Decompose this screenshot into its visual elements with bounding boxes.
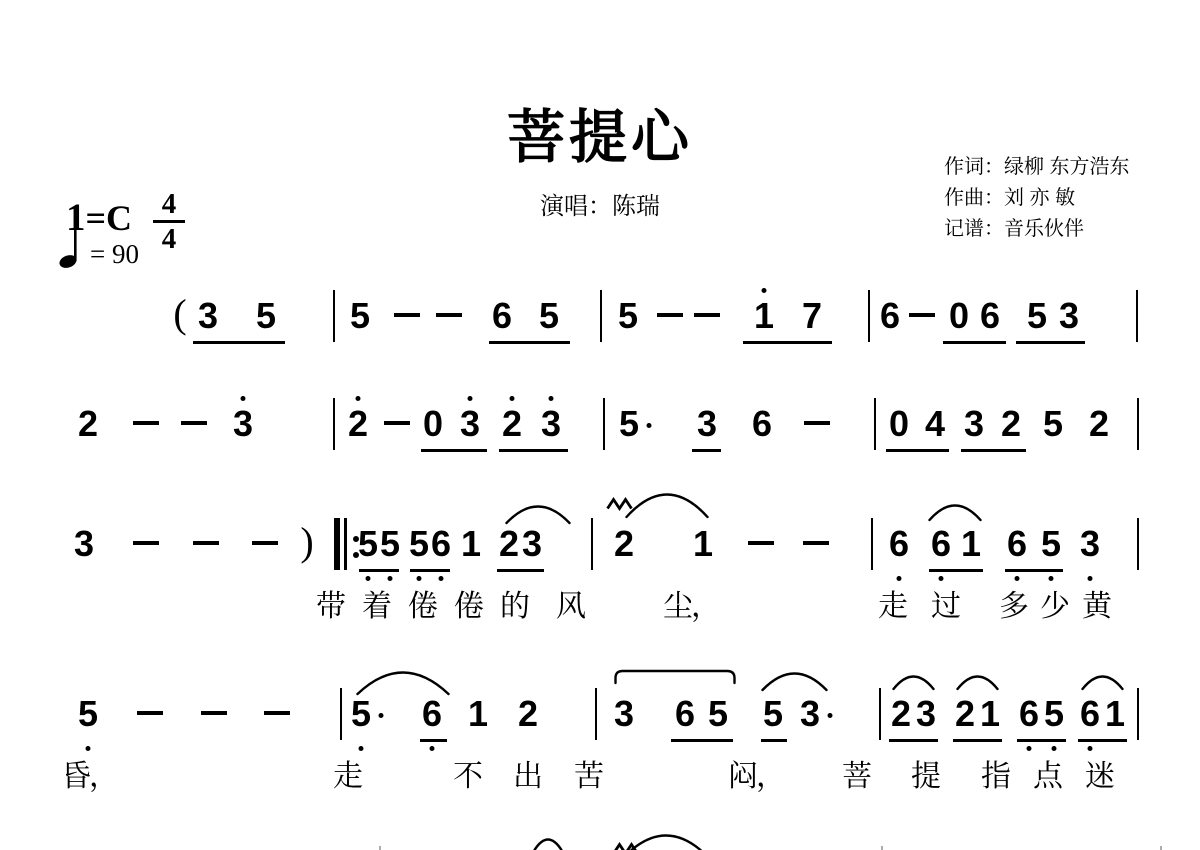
octave-dot-below (1088, 576, 1093, 581)
note: 3 (1059, 298, 1079, 334)
dash (803, 541, 829, 545)
octave-dot-below (359, 746, 364, 751)
barline (874, 398, 876, 450)
note: 2 (1089, 406, 1109, 442)
note: 6 (675, 696, 695, 732)
octave-dot-below (366, 576, 371, 581)
dash (264, 711, 290, 715)
dash (694, 313, 720, 317)
octave-dot-above (241, 396, 246, 401)
dash (133, 541, 159, 545)
slur-arc (928, 504, 982, 522)
note: 3 (614, 696, 634, 732)
lyric-char: ， (89, 762, 119, 792)
note: 5 (1027, 298, 1047, 334)
beam-underline (671, 739, 733, 742)
lyric-char: 少 (1040, 592, 1070, 622)
barline (333, 398, 335, 450)
lyric-char: 走 (878, 592, 908, 622)
note: 3 (233, 406, 253, 442)
lyric-char: 提 (911, 762, 941, 792)
note: 2 (614, 526, 634, 562)
beam-underline (943, 341, 1006, 344)
note: 1 (754, 298, 774, 334)
note: 5 (409, 526, 429, 562)
beam-underline (499, 449, 568, 452)
note: 5 (358, 526, 378, 562)
note: 7 (802, 298, 822, 334)
note: 1 (461, 526, 481, 562)
dash (748, 541, 774, 545)
beam-underline (410, 569, 450, 572)
beam-underline (1078, 739, 1127, 742)
note: 0 (949, 298, 969, 334)
augmentation-dot (828, 713, 833, 718)
note: 6 (752, 406, 772, 442)
note: 3 (697, 406, 717, 442)
note: 5 (1043, 406, 1063, 442)
note: 3 (541, 406, 561, 442)
octave-dot-below (388, 576, 393, 581)
lyric-char: 不 (453, 762, 483, 792)
note: 0 (423, 406, 443, 442)
note: 6 (422, 696, 442, 732)
lyric-char: 指 (981, 762, 1011, 792)
lyric-char: 黄 (1082, 592, 1112, 622)
note: 1 (468, 696, 488, 732)
lyric-char: 昏 (61, 762, 91, 792)
note: 5 (78, 696, 98, 732)
note: 6 (889, 526, 909, 562)
note: 2 (502, 406, 522, 442)
sheet-music-page: 菩提心 演唱：陈瑞 作词：绿柳 东方浩东 作曲：刘 亦 敏 记谱：音乐伙伴 1=… (0, 0, 1200, 850)
note: 5 (380, 526, 400, 562)
note: 5 (350, 298, 370, 334)
lyric-char: 风 (556, 592, 586, 622)
note: 2 (1001, 406, 1021, 442)
note: 2 (348, 406, 368, 442)
note: 6 (1007, 526, 1027, 562)
note: 3 (74, 526, 94, 562)
augmentation-dot (647, 423, 652, 428)
octave-dot-below (1027, 746, 1032, 751)
slur-arc (614, 669, 736, 685)
beam-underline (421, 449, 487, 452)
note: 5 (708, 696, 728, 732)
slur-arc (1081, 675, 1124, 691)
mordent-icon (606, 497, 634, 511)
octave-dot-below (86, 746, 91, 751)
lyric-char: 菩 (842, 762, 872, 792)
barline (595, 688, 597, 740)
slur-arc (630, 834, 702, 850)
beam-underline (889, 739, 938, 742)
slur-arc (892, 675, 935, 691)
barline (603, 398, 605, 450)
slur-arc (761, 672, 828, 692)
note: 3 (1080, 526, 1100, 562)
beam-underline (359, 569, 399, 572)
note: 1 (980, 696, 1000, 732)
note: 3 (198, 298, 218, 334)
note: 6 (1019, 696, 1039, 732)
lyric-char: 点 (1033, 762, 1063, 792)
barline (868, 290, 870, 342)
dash (201, 711, 227, 715)
barline (1136, 290, 1138, 342)
dash (384, 421, 410, 425)
note: 5 (256, 298, 276, 334)
lyric-char: ， (756, 762, 786, 792)
octave-dot-below (439, 576, 444, 581)
octave-dot-above (356, 396, 361, 401)
note: 4 (925, 406, 945, 442)
note: 6 (1080, 696, 1100, 732)
barline (333, 290, 335, 342)
note: 1 (1105, 696, 1125, 732)
note: 5 (1044, 696, 1064, 732)
lyric-char: 走 (333, 762, 363, 792)
beam-underline (489, 341, 570, 344)
note: 3 (964, 406, 984, 442)
barline (871, 518, 873, 570)
barline (591, 518, 593, 570)
dash (193, 541, 219, 545)
barline (600, 290, 602, 342)
dash (804, 421, 830, 425)
beam-underline (961, 449, 1026, 452)
beam-underline (420, 739, 447, 742)
slur-arc (625, 493, 709, 519)
note: 5 (539, 298, 559, 334)
lyric-char: 多 (999, 592, 1029, 622)
barline (1137, 518, 1139, 570)
note: 5 (618, 298, 638, 334)
beam-underline (692, 449, 721, 452)
beam-underline (1017, 739, 1066, 742)
lyric-char: 尘 (663, 592, 693, 622)
octave-dot-below (1088, 746, 1093, 751)
barline (1137, 688, 1139, 740)
lyric-char: 闷 (728, 762, 758, 792)
note: 3 (522, 526, 542, 562)
slur-arc (956, 675, 999, 691)
note: 5 (619, 406, 639, 442)
dash (436, 313, 462, 317)
note: 5 (763, 696, 783, 732)
note: 6 (931, 526, 951, 562)
note: 6 (492, 298, 512, 334)
slur-arc (356, 671, 450, 696)
note: 5 (1041, 526, 1061, 562)
dash (133, 421, 159, 425)
dash (909, 313, 935, 317)
note: 3 (800, 696, 820, 732)
beam-underline (929, 569, 983, 572)
lyric-char: ， (691, 592, 721, 622)
dash (181, 421, 207, 425)
lyric-char: 迷 (1085, 762, 1115, 792)
beam-underline (761, 739, 787, 742)
note: 2 (78, 406, 98, 442)
repeat-barline-thick (334, 518, 340, 570)
lyric-char: 苦 (574, 762, 604, 792)
slur-arc (505, 505, 571, 525)
beam-underline (886, 449, 949, 452)
dash (137, 711, 163, 715)
lyric-char: 出 (513, 762, 543, 792)
note: 6 (980, 298, 1000, 334)
lyric-char: 着 (362, 592, 392, 622)
note: 1 (693, 526, 713, 562)
dash (252, 541, 278, 545)
repeat-barline-thin (344, 518, 347, 570)
note: 3 (460, 406, 480, 442)
lyric-char: 倦 (454, 592, 484, 622)
parenthesis: ( (173, 294, 186, 334)
note: 6 (431, 526, 451, 562)
barline (879, 688, 881, 740)
next-line-tick (1160, 846, 1162, 850)
octave-dot-below (1052, 746, 1057, 751)
note: 2 (518, 696, 538, 732)
slur-arc (533, 838, 563, 850)
barline (340, 688, 342, 740)
barline (1137, 398, 1139, 450)
octave-dot-below (430, 746, 435, 751)
note: 3 (916, 696, 936, 732)
dash (657, 313, 683, 317)
octave-dot-above (468, 396, 473, 401)
note: 2 (499, 526, 519, 562)
lyric-char: 的 (500, 592, 530, 622)
note: 6 (880, 298, 900, 334)
beam-underline (743, 341, 832, 344)
beam-underline (1005, 569, 1063, 572)
note: 2 (955, 696, 975, 732)
lyric-char: 过 (931, 592, 961, 622)
note: 5 (351, 696, 371, 732)
next-line-tick (379, 846, 381, 850)
octave-dot-above (762, 288, 767, 293)
note: 2 (891, 696, 911, 732)
mordent-icon (612, 842, 640, 850)
note: 0 (889, 406, 909, 442)
beam-underline (497, 569, 544, 572)
octave-dot-below (897, 576, 902, 581)
note: 1 (961, 526, 981, 562)
dash (394, 313, 420, 317)
lyric-char: 带 (316, 592, 346, 622)
score: (355655176065323203235360432523)55561232… (0, 0, 1200, 850)
octave-dot-below (939, 576, 944, 581)
lyric-char: 倦 (408, 592, 438, 622)
beam-underline (953, 739, 1002, 742)
octave-dot-above (549, 396, 554, 401)
augmentation-dot (379, 713, 384, 718)
beam-underline (1016, 341, 1085, 344)
octave-dot-below (417, 576, 422, 581)
beam-underline (193, 341, 285, 344)
octave-dot-above (510, 396, 515, 401)
octave-dot-below (1015, 576, 1020, 581)
next-line-tick (881, 846, 883, 850)
parenthesis: ) (300, 522, 313, 562)
octave-dot-below (1049, 576, 1054, 581)
